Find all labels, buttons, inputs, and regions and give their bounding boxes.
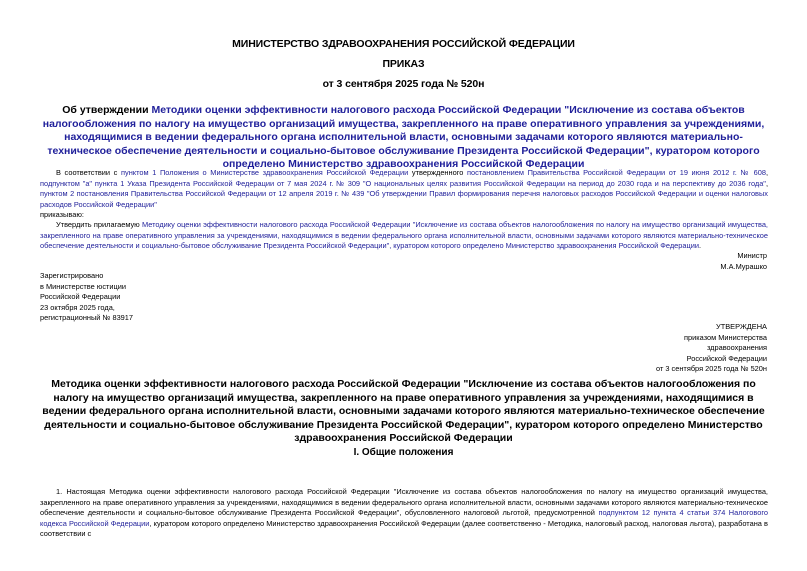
registration-line: Российской Федерации (40, 292, 133, 303)
ministry-heading: МИНИСТЕРСТВО ЗДРАВООХРАНЕНИЯ РОССИЙСКОЙ … (0, 38, 807, 50)
presidential-decree-309-link[interactable]: подпунктом "а" пункта 1 Указа Президента… (40, 179, 766, 188)
approved-methodology-link[interactable]: Методику оценки эффективности налогового… (40, 220, 768, 250)
approve-paragraph: Утвердить прилагаемую Методику оценки эф… (40, 220, 768, 252)
registration-line: 23 октября 2025 года, (40, 303, 133, 314)
paragraph-text: , куратором которого определено Министер… (40, 519, 768, 539)
approval-line: приказом Министерства (656, 333, 767, 344)
document-type-heading: ПРИКАЗ (0, 58, 807, 70)
approval-line: УТВЕРЖДЕНА (656, 322, 767, 333)
signature-block: Министр М.А.Мурашко (720, 251, 767, 272)
preamble-text: утвержденного (408, 168, 467, 177)
approval-date-number: от 3 сентября 2025 года № 520н (656, 364, 767, 375)
preamble-text: В соответствии с (56, 168, 121, 177)
registration-line: в Министерстве юстиции (40, 282, 133, 293)
approval-stamp-block: УТВЕРЖДЕНА приказом Министерства здравоо… (656, 322, 767, 375)
preamble-text: , (766, 179, 768, 188)
document-date-number: от 3 сентября 2025 года № 520н (0, 78, 807, 90)
government-decree-608-link[interactable]: постановлением Правительства Российской … (467, 168, 766, 177)
registration-number: регистрационный № 83917 (40, 313, 133, 324)
document-title: Об утверждении Методики оценки эффективн… (38, 104, 769, 172)
approve-text: Утвердить прилагаемую (56, 220, 142, 229)
registration-block: Зарегистрировано в Министерстве юстиции … (40, 271, 133, 324)
paragraph-1: 1. Настоящая Методика оценки эффективнос… (40, 487, 768, 540)
approval-line: Российской Федерации (656, 354, 767, 365)
methodology-title: Методика оценки эффективности налогового… (38, 378, 769, 446)
approve-text-end: . (699, 241, 701, 250)
government-decree-439-link[interactable]: пунктом 2 постановления Правительства Ро… (40, 189, 768, 209)
title-prefix: Об утверждении (62, 104, 151, 116)
approval-line: здравоохранения (656, 343, 767, 354)
regulation-link[interactable]: пунктом 1 Положения о Министерстве здрав… (121, 168, 408, 177)
title-methodology-link[interactable]: Методики оценки эффективности налогового… (43, 104, 765, 170)
section-heading: I. Общие положения (0, 447, 807, 458)
preamble-paragraph: В соответствии с пунктом 1 Положения о М… (40, 168, 768, 221)
signatory-position: Министр (720, 251, 767, 262)
registration-line: Зарегистрировано (40, 271, 133, 282)
preamble-text: , (766, 168, 768, 177)
signatory-name: М.А.Мурашко (720, 262, 767, 273)
